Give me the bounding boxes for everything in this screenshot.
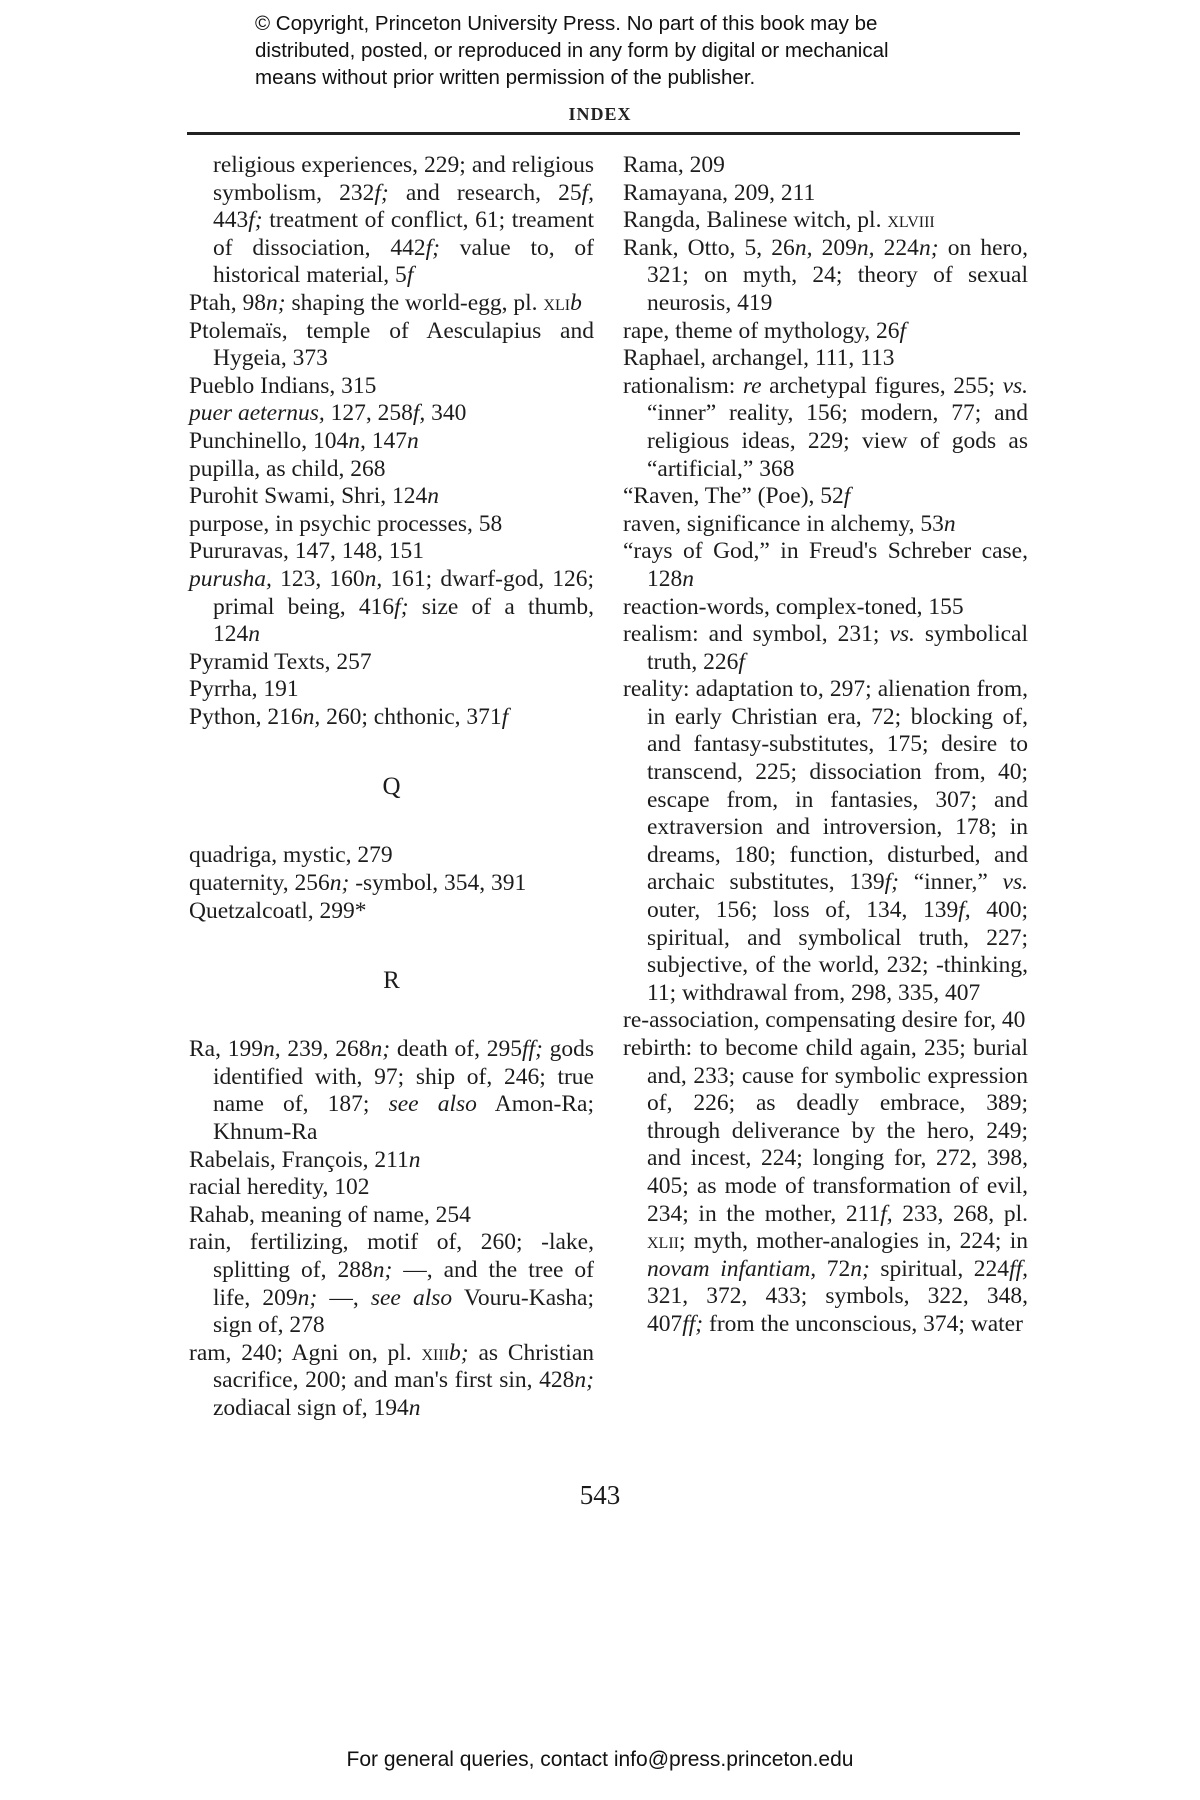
index-entry-continuation: religious experiences, 229; and religiou… — [189, 152, 594, 290]
index-entry: Pyramid Texts, 257 — [189, 649, 594, 677]
index-entry: racial heredity, 102 — [189, 1174, 594, 1202]
index-column-right: Rama, 209Ramayana, 209, 211Rangda, Balin… — [623, 152, 1028, 1339]
index-entry: rebirth: to become child again, 235; bur… — [623, 1035, 1028, 1339]
index-entry: ram, 240; Agni on, pl. xiiib; as Christi… — [189, 1340, 594, 1423]
index-entry: Ptolemaïs, temple of Aesculapius and Hyg… — [189, 318, 594, 373]
index-entry: purpose, in psychic processes, 58 — [189, 511, 594, 539]
index-entry: Pururavas, 147, 148, 151 — [189, 538, 594, 566]
page-number: 543 — [0, 1480, 1200, 1511]
copyright-line: means without prior written permission o… — [255, 64, 1015, 91]
index-entry: re-association, compensating desire for,… — [623, 1007, 1028, 1035]
copyright-line: distributed, posted, or reproduced in an… — [255, 37, 1015, 64]
index-entry: Rahab, meaning of name, 254 — [189, 1202, 594, 1230]
index-column-left: religious experiences, 229; and religiou… — [189, 152, 594, 1423]
index-entry: quaternity, 256n; -symbol, 354, 391 — [189, 870, 594, 898]
index-entry: reality: adaptation to, 297; alienation … — [623, 676, 1028, 1007]
index-entry: puer aeternus, 127, 258f, 340 — [189, 400, 594, 428]
section-letter: R — [189, 953, 594, 1008]
index-entry: raven, significance in alchemy, 53n — [623, 511, 1028, 539]
index-entry: pupilla, as child, 268 — [189, 456, 594, 484]
index-entry: Pueblo Indians, 315 — [189, 373, 594, 401]
index-entry: rain, fertilizing, motif of, 260; -lake,… — [189, 1229, 594, 1339]
index-entry: realism: and symbol, 231; vs. symbolical… — [623, 621, 1028, 676]
index-entry: quadriga, mystic, 279 — [189, 842, 594, 870]
index-entry: Ptah, 98n; shaping the world-egg, pl. xl… — [189, 290, 594, 318]
index-entry: Ramayana, 209, 211 — [623, 180, 1028, 208]
index-entry: Pyrrha, 191 — [189, 676, 594, 704]
index-entry: “rays of God,” in Freud's Schreber case,… — [623, 538, 1028, 593]
footer-contact: For general queries, contact info@press.… — [0, 1748, 1200, 1772]
index-entry: “Raven, The” (Poe), 52f — [623, 483, 1028, 511]
index-entry: Rangda, Balinese witch, pl. xlviii — [623, 207, 1028, 235]
header-rule — [187, 132, 1020, 135]
index-entry: Punchinello, 104n, 147n — [189, 428, 594, 456]
index-entry: Rabelais, François, 211n — [189, 1147, 594, 1175]
index-entry: rationalism: re archetypal figures, 255;… — [623, 373, 1028, 483]
index-entry: Raphael, archangel, 111, 113 — [623, 345, 1028, 373]
index-entry: Purohit Swami, Shri, 124n — [189, 483, 594, 511]
index-entry: reaction-words, complex-toned, 155 — [623, 594, 1028, 622]
index-entry: rape, theme of mythology, 26f — [623, 318, 1028, 346]
running-head: INDEX — [0, 104, 1200, 125]
index-entry: purusha, 123, 160n, 161; dwarf-god, 126;… — [189, 566, 594, 649]
index-entry: Python, 216n, 260; chthonic, 371f — [189, 704, 594, 732]
index-entry: Quetzalcoatl, 299* — [189, 898, 594, 926]
copyright-line: © Copyright, Princeton University Press.… — [255, 10, 1015, 37]
copyright-notice: © Copyright, Princeton University Press.… — [255, 10, 1015, 91]
index-entry: Rama, 209 — [623, 152, 1028, 180]
index-entry: Rank, Otto, 5, 26n, 209n, 224n; on hero,… — [623, 235, 1028, 318]
section-letter: Q — [189, 759, 594, 814]
index-entry: Ra, 199n, 239, 268n; death of, 295ff; go… — [189, 1036, 594, 1146]
